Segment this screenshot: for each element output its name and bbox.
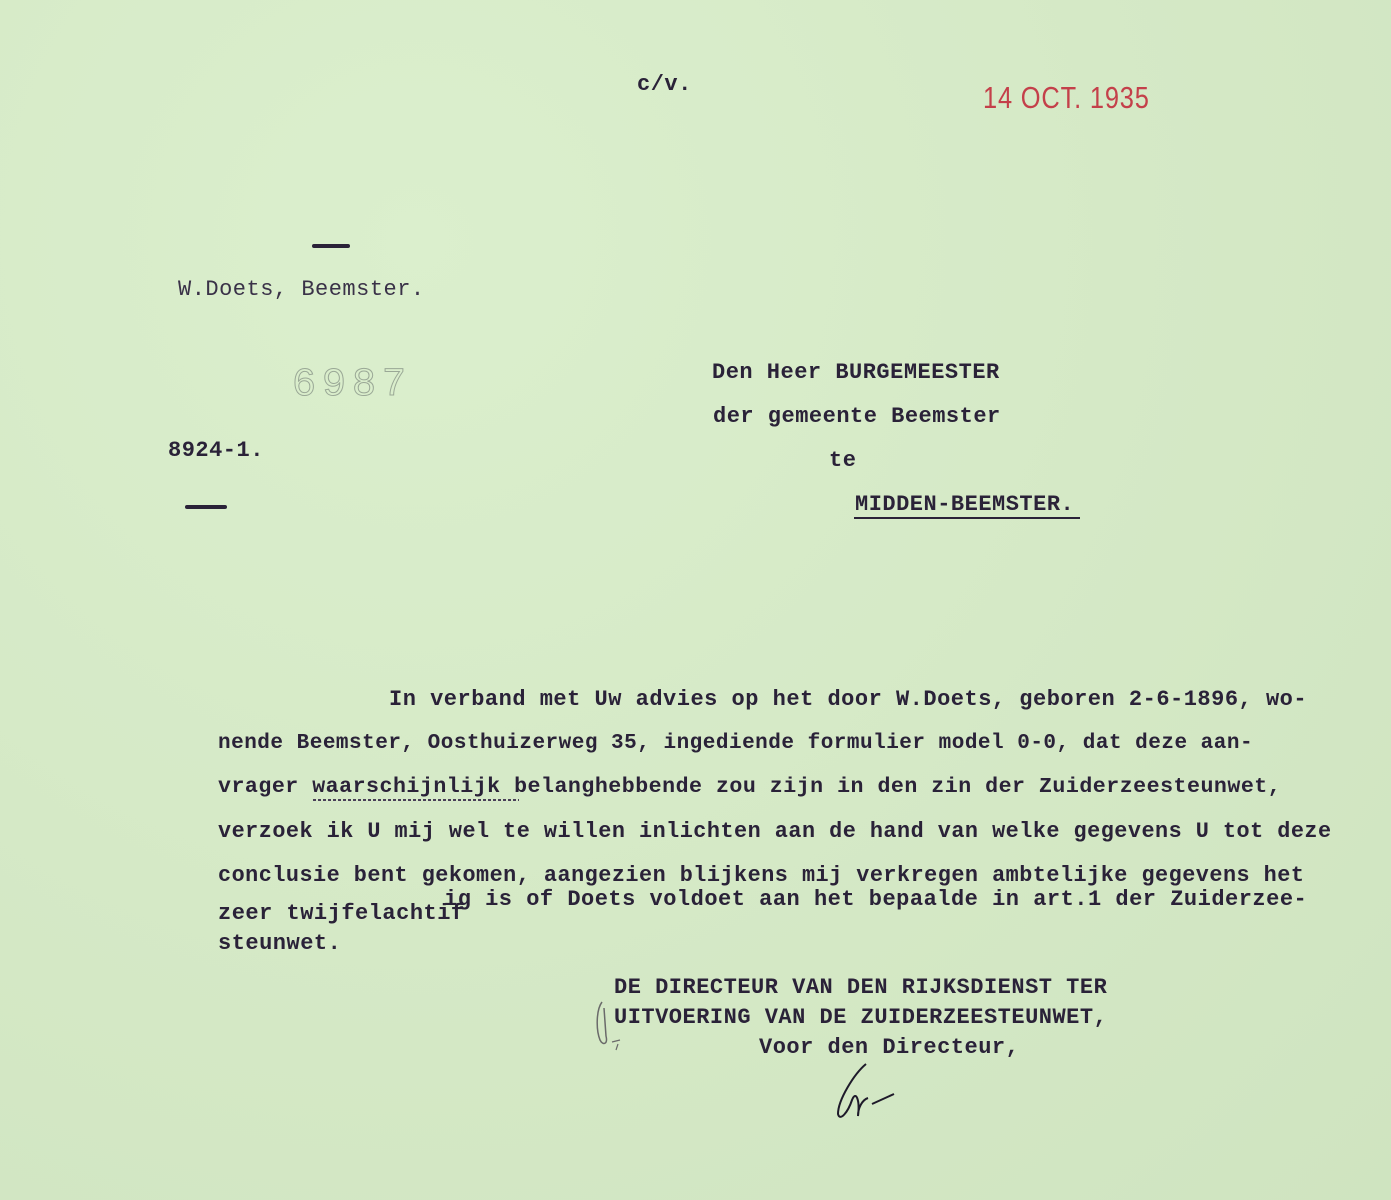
margin-pencil-mark bbox=[594, 1000, 624, 1055]
signature-title-line-2: UITVOERING VAN DE ZUIDERZEESTEUNWET, bbox=[614, 1007, 1107, 1029]
file-number: 8924-1. bbox=[168, 440, 264, 462]
body-line-7: steunwet. bbox=[218, 933, 341, 955]
addressee-underline bbox=[854, 517, 1080, 519]
addressee-line-1: Den Heer BURGEMEESTER bbox=[712, 362, 1000, 384]
handwritten-signature bbox=[828, 1060, 908, 1130]
addressee-line-2: der gemeente Beemster bbox=[713, 406, 1001, 428]
date-stamp: 14 OCT. 1935 bbox=[983, 80, 1150, 116]
body-line-1: In verband met Uw advies op het door W.D… bbox=[389, 689, 1307, 711]
body-line-3: vrager waarschijnlijk belanghebbende zou… bbox=[218, 777, 1281, 799]
body-line-6b: ig is of Doets voldoet aan het bepaalde … bbox=[444, 889, 1307, 911]
body-line-6a: zeer twijfelachtif bbox=[218, 903, 465, 925]
signature-title-line-3: Voor den Directeur, bbox=[759, 1037, 1019, 1059]
dash-divider-top bbox=[312, 244, 350, 248]
addressee-line-3: te bbox=[829, 450, 856, 472]
addressee-line-4: MIDDEN-BEEMSTER. bbox=[855, 494, 1074, 516]
body-line-2: nende Beemster, Oosthuizerweg 35, ingedi… bbox=[218, 733, 1253, 754]
signature-title-line-1: DE DIRECTEUR VAN DEN RIJKSDIENST TER bbox=[614, 977, 1107, 999]
dash-divider-bottom bbox=[185, 505, 227, 509]
registration-stamp-number: 6987 bbox=[292, 363, 412, 408]
subject-line: W.Doets, Beemster. bbox=[178, 279, 425, 301]
body-line-5: conclusie bent gekomen, aangezien blijke… bbox=[218, 865, 1304, 887]
body-line-4: verzoek ik U mij wel te willen inlichten… bbox=[218, 821, 1332, 843]
cv-mark: c/v. bbox=[637, 74, 692, 96]
waarschijnlijk-underline bbox=[313, 799, 519, 801]
